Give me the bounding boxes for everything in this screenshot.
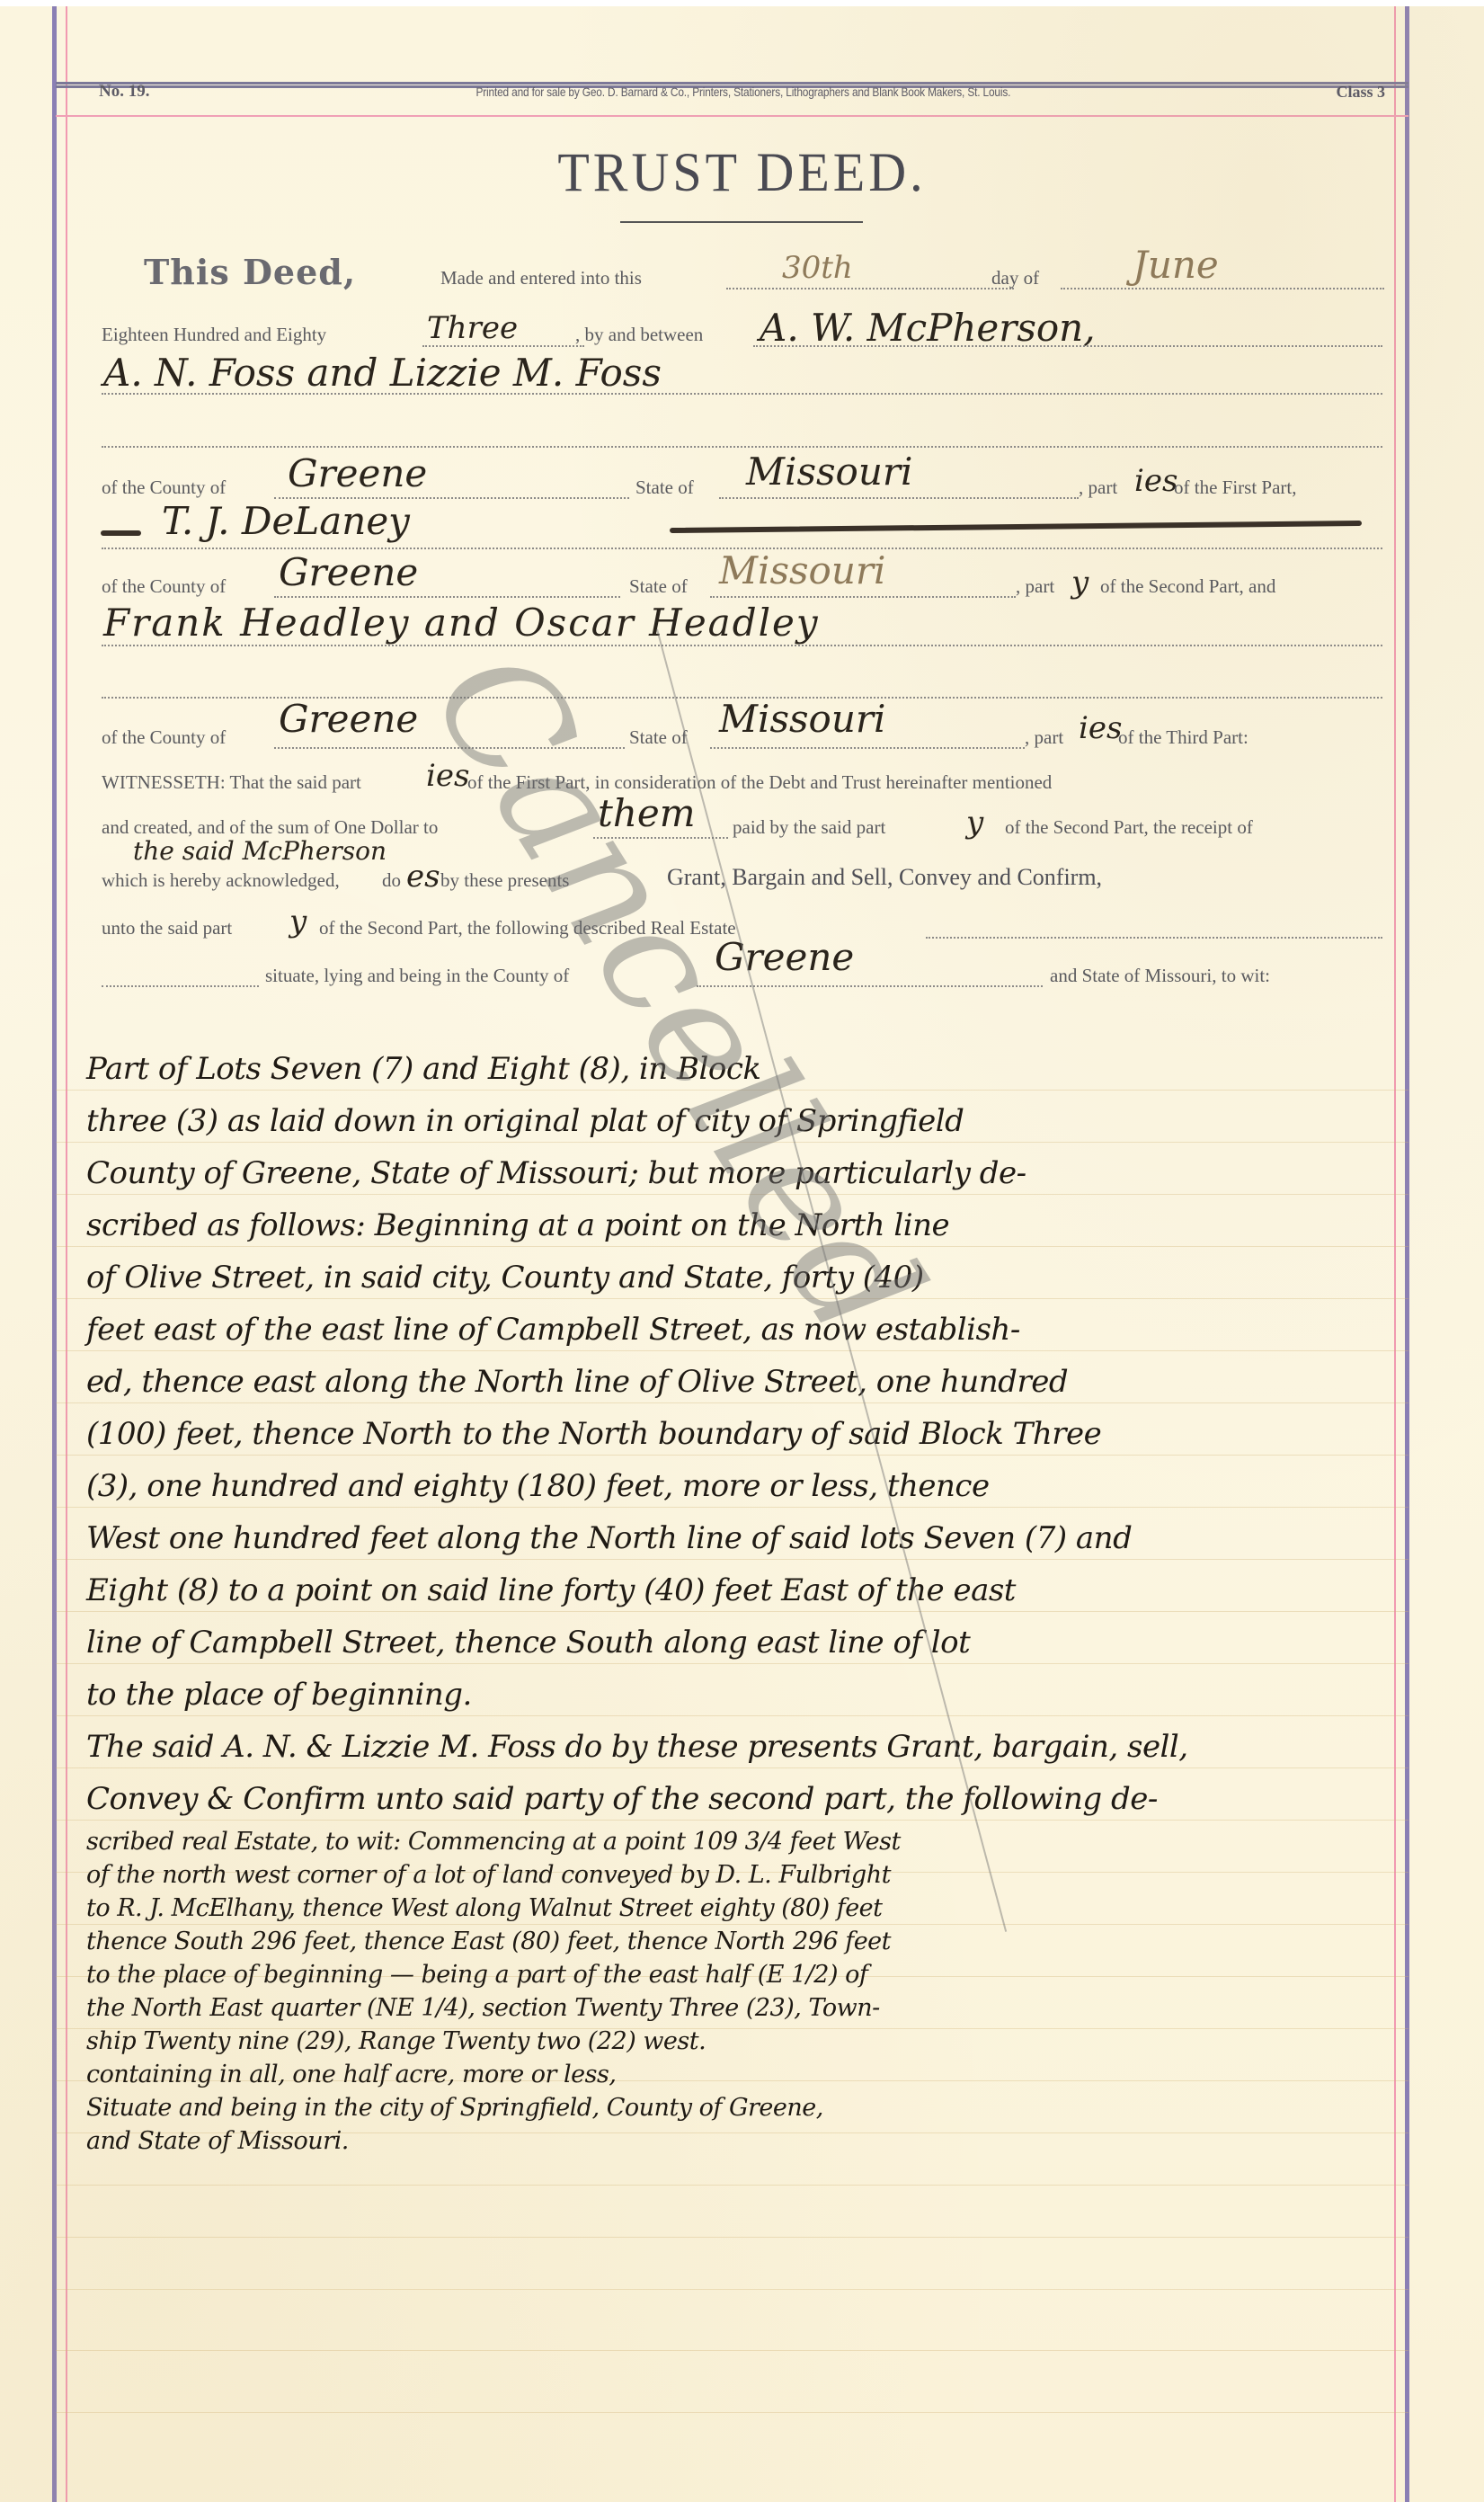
second-state-value: Missouri [719,548,885,592]
real-estate-line [926,937,1382,939]
document-title: TRUST DEED. [0,140,1484,203]
created-text-b: paid by the said part [733,816,885,839]
ruled-line [56,2289,1408,2290]
header-pink-rule [56,115,1408,117]
third-county-value: Greene [279,697,418,741]
description-line: line of Campbell Street, thence South al… [86,1616,1399,1669]
description-line: Convey & Confirm unto said party of the … [86,1773,1399,1825]
right-purple-margin [1405,6,1409,2502]
ack-suffix: es [406,859,440,895]
created-suffix: y [966,805,983,841]
third-party-names: Frank Headley and Oscar Headley [103,601,820,645]
state-field-1 [719,497,1079,499]
description-line: West one hundred feet along the North li… [86,1512,1399,1564]
situate-text-b: and State of Missouri, to wit: [1050,965,1270,987]
description-line: (100) feet, thence North to the North bo… [86,1408,1399,1460]
day-of-label: day of [991,267,1039,289]
form-header: No. 19. Printed and for sale by Geo. D. … [99,81,1385,102]
printer-credit: Printed and for sale by Geo. D. Barnard … [475,85,1010,99]
ruled-line [56,2412,1408,2413]
description-line: of the north west corner of a lot of lan… [86,1858,1399,1892]
state-of-label-3: State of [629,726,688,749]
inserted-said-mcpherson: the said McPherson [133,836,387,866]
description-line: thence South 296 feet, thence East (80) … [86,1925,1399,1958]
state-field-3 [710,747,1025,749]
second-part-suffix: y [1071,565,1089,601]
state-field-2 [710,596,1016,598]
description-line: and State of Missouri. [86,2124,1399,2158]
description-line: the North East quarter (NE 1/4), section… [86,1991,1399,2025]
form-number: No. 19. [99,82,149,102]
county-of-label-1: of the County of [102,476,226,499]
ack-grant-clause: Grant, Bargain and Sell, Convey and Conf… [667,864,1102,891]
day-field-line [726,288,1014,289]
first-part-label: of the First Part, [1174,476,1297,499]
description-line: to R. J. McElhany, thence West along Wal… [86,1892,1399,1925]
month-value: June [1133,243,1219,287]
part-label-2: , part [1016,575,1054,598]
unto-text-a: unto the said part [102,917,232,939]
first-party-names-1: A. W. McPherson, [760,306,1096,350]
description-line: ed, thence east along the North line of … [86,1356,1399,1408]
description-line: Situate and being in the city of Springf… [86,2091,1399,2124]
county-field-2 [274,596,620,598]
county-of-label-3: of the County of [102,726,226,749]
second-county-value: Greene [279,550,418,594]
witnesseth-text-a: WITNESSETH: That the said part [102,771,361,794]
description-line: The said A. N. & Lizzie M. Foss do by th… [86,1721,1399,1773]
ruled-line [56,2350,1408,2351]
this-deed-heading: This Deed, [144,252,356,292]
ack-do: do [382,869,401,892]
third-state-value: Missouri [719,697,885,741]
situate-lead-line [102,985,259,987]
ruled-line [56,2237,1408,2238]
description-line: scribed real Estate, to wit: Commencing … [86,1825,1399,1858]
created-text-c: of the Second Part, the receipt of [1005,816,1253,839]
class-label: Class 3 [1336,83,1385,102]
state-of-label-2: State of [629,575,688,598]
first-party-names-2: A. N. Foss and Lizzie M. Foss [103,351,662,395]
title-underline [620,221,863,227]
description-line: to the place of beginning — being a part… [86,1958,1399,1991]
ruled-line [56,2185,1408,2186]
year-value: Three [427,310,518,346]
blank-line [102,446,1382,448]
day-value: 30th [782,250,853,286]
description-line: to the place of beginning. [86,1669,1399,1721]
description-line: Eight (8) to a point on said line forty … [86,1564,1399,1616]
made-entered-label: Made and entered into this [440,267,642,289]
county-of-label-2: of the County of [102,575,226,598]
first-county-value: Greene [288,451,427,495]
unto-suffix: y [289,904,307,939]
left-pink-margin [66,6,67,2502]
description-line: feet east of the east line of Campbell S… [86,1304,1399,1356]
second-part-label: of the Second Part, and [1100,575,1275,598]
second-party-name: T. J. DeLaney [162,499,410,543]
third-part-suffix: ies [1079,710,1122,746]
by-and-between-label: , by and between [575,324,703,346]
ack-text-a: which is hereby acknowledged, [102,869,340,892]
dash-stroke [101,530,141,536]
part-label-1: , part [1079,476,1117,499]
month-field-line [1061,288,1384,289]
third-part-label: of the Third Part: [1118,726,1249,749]
first-part-suffix: ies [1134,463,1177,499]
description-line: ship Twenty nine (29), Range Twenty two … [86,2025,1399,2058]
description-line: containing in all, one half acre, more o… [86,2058,1399,2091]
eighteen-hundred-label: Eighteen Hundred and Eighty [102,324,326,346]
situate-text-a: situate, lying and being in the County o… [265,965,569,987]
third-party-line [102,645,1382,646]
left-purple-margin [52,6,57,2502]
description-line: (3), one hundred and eighty (180) feet, … [86,1460,1399,1512]
part-label-3: , part [1025,726,1063,749]
first-state-value: Missouri [746,450,912,494]
state-of-label-1: State of [635,476,694,499]
